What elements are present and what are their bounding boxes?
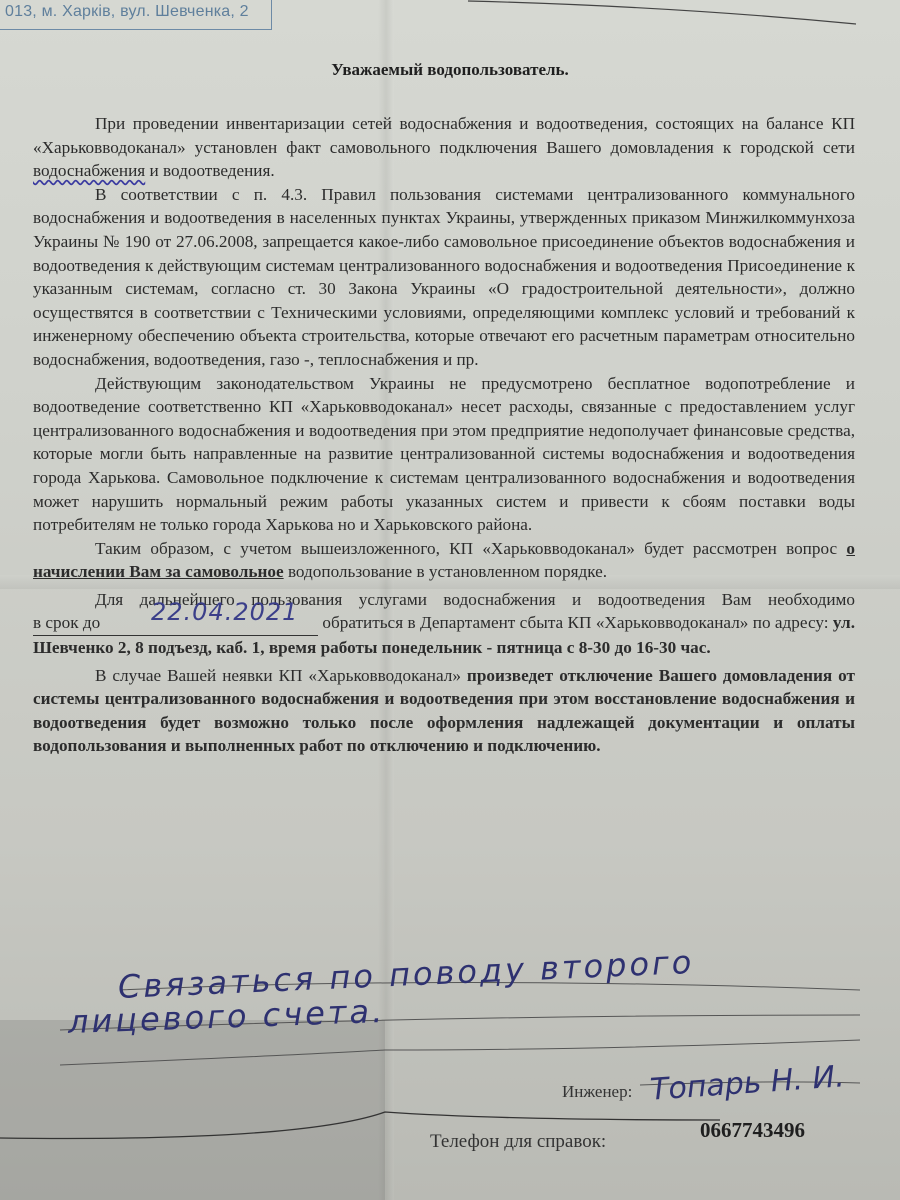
phone-label: Телефон для справок: — [430, 1131, 606, 1153]
engineer-label: Инженер: — [562, 1082, 632, 1102]
phone-number: 0667743496 — [700, 1118, 805, 1143]
